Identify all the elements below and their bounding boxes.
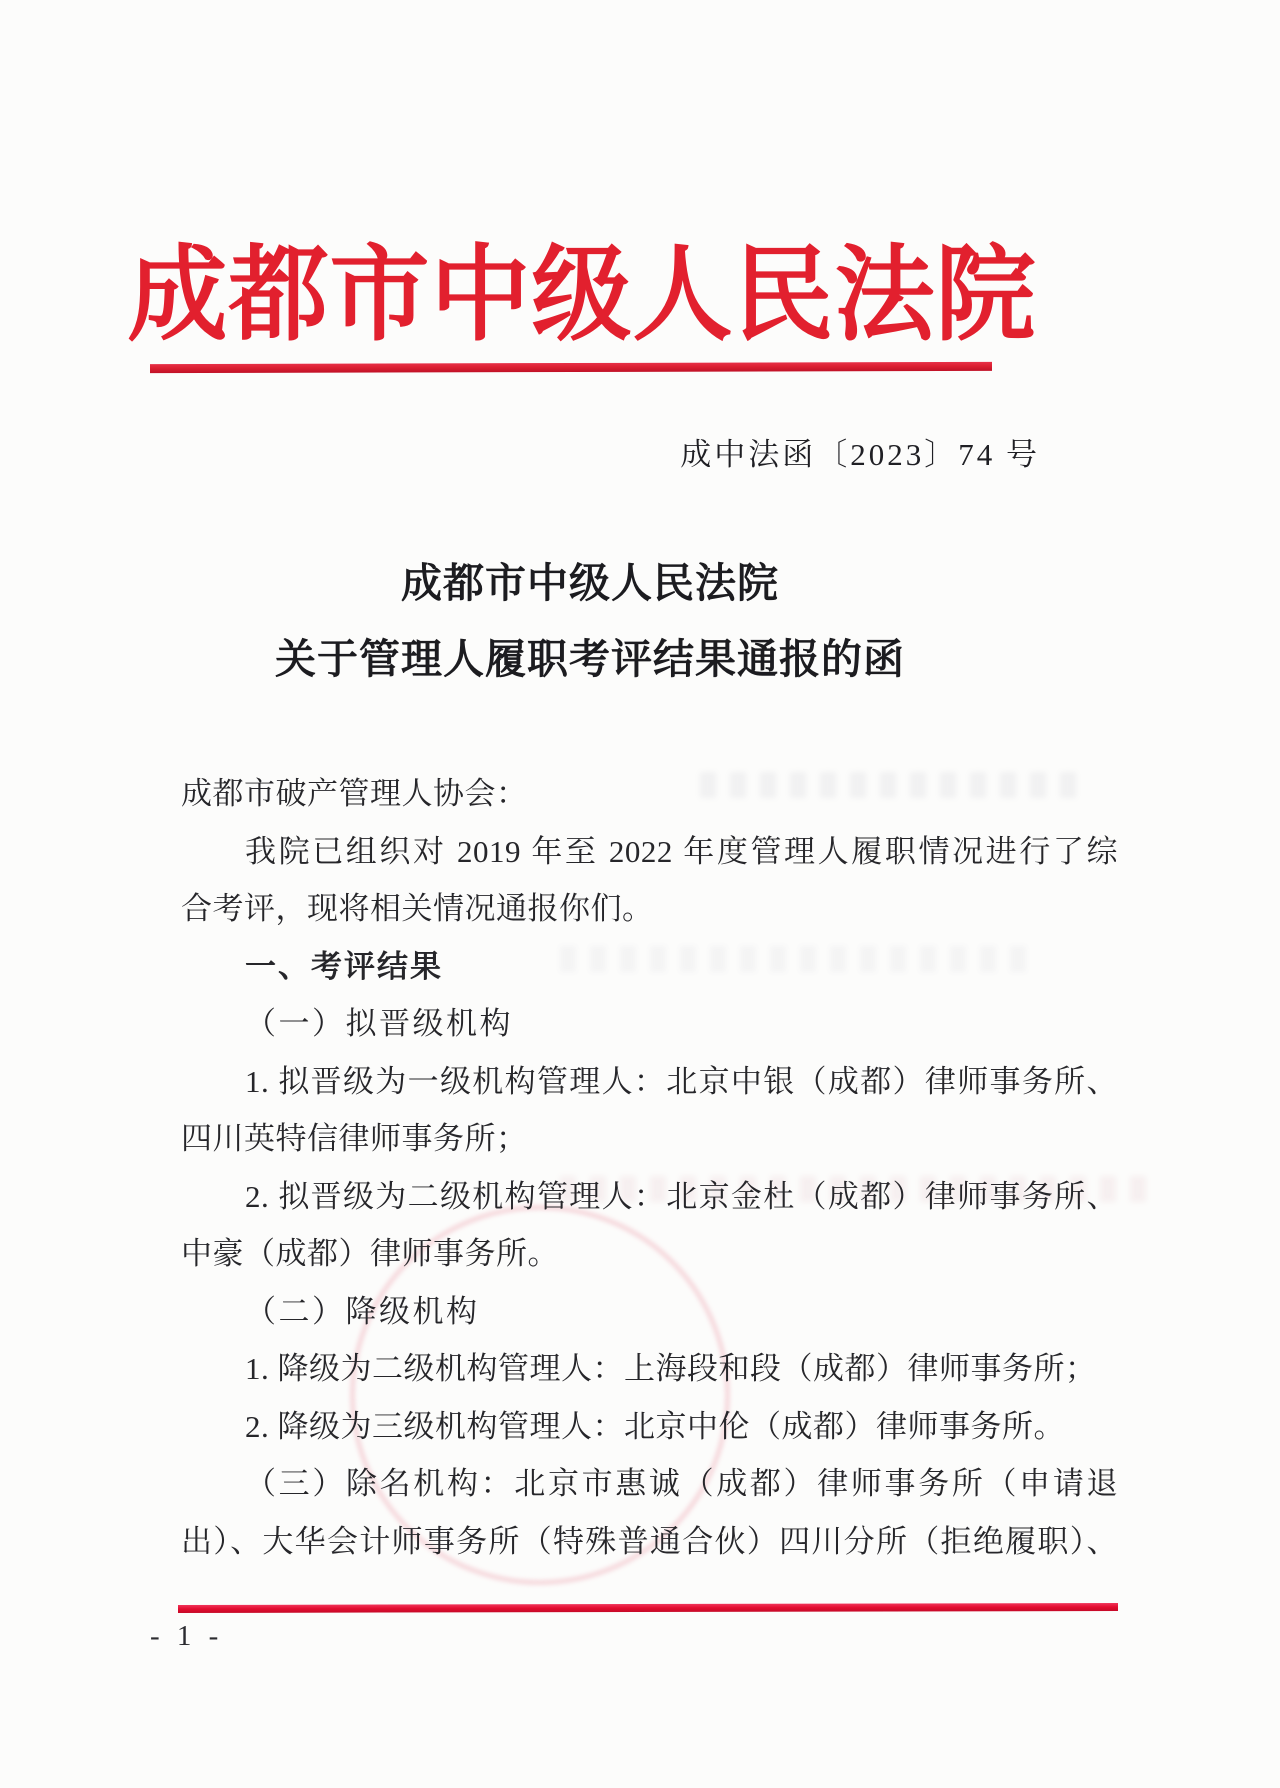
scanned-official-letter-page: 成都市中级人民法院 成中法函〔2023〕74 号 成都市中级人民法院 关于管理人… — [0, 0, 1280, 1788]
document-title-line-2: 关于管理人履职考评结果通报的函 — [10, 621, 1170, 697]
body-line: 2. 降级为三级机构管理人：北京中伦（成都）律师事务所。 — [181, 1398, 1118, 1456]
letterhead-agency-title: 成都市中级人民法院 — [0, 229, 1164, 360]
body-line: （二）降级机构 — [181, 1283, 1118, 1341]
body-line: 我院已组织对 2019 年至 2022 年度管理人履职情况进行了综 — [181, 823, 1118, 881]
body-line: 出）、大华会计师事务所（特殊普通合伙）四川分所（拒绝履职）、 — [181, 1513, 1118, 1571]
footer-red-rule — [178, 1603, 1118, 1613]
body-line: 四川英特信律师事务所； — [181, 1110, 1118, 1168]
document-title: 成都市中级人民法院 关于管理人履职考评结果通报的函 — [10, 545, 1170, 697]
body-line: 成都市破产管理人协会： — [181, 765, 1118, 823]
body-line: 中豪（成都）律师事务所。 — [181, 1225, 1118, 1283]
document-title-line-1: 成都市中级人民法院 — [10, 545, 1170, 621]
body-lines: 成都市破产管理人协会：我院已组织对 2019 年至 2022 年度管理人履职情况… — [181, 765, 1118, 1570]
document-number: 成中法函〔2023〕74 号 — [680, 433, 1040, 477]
page-number: - 1 - — [150, 1620, 223, 1653]
body-line: 1. 降级为二级机构管理人：上海段和段（成都）律师事务所； — [181, 1340, 1118, 1398]
body-line: 合考评，现将相关情况通报你们。 — [181, 880, 1118, 938]
letterhead-red-rule — [150, 362, 992, 373]
body-line: （三）除名机构：北京市惠诚（成都）律师事务所（申请退 — [181, 1455, 1118, 1513]
body-line: 一、考评结果 — [181, 938, 1118, 996]
body-line: （一）拟晋级机构 — [181, 995, 1118, 1053]
body-line: 2. 拟晋级为二级机构管理人：北京金杜（成都）律师事务所、 — [181, 1168, 1118, 1226]
body-line: 1. 拟晋级为一级机构管理人：北京中银（成都）律师事务所、 — [181, 1053, 1118, 1111]
